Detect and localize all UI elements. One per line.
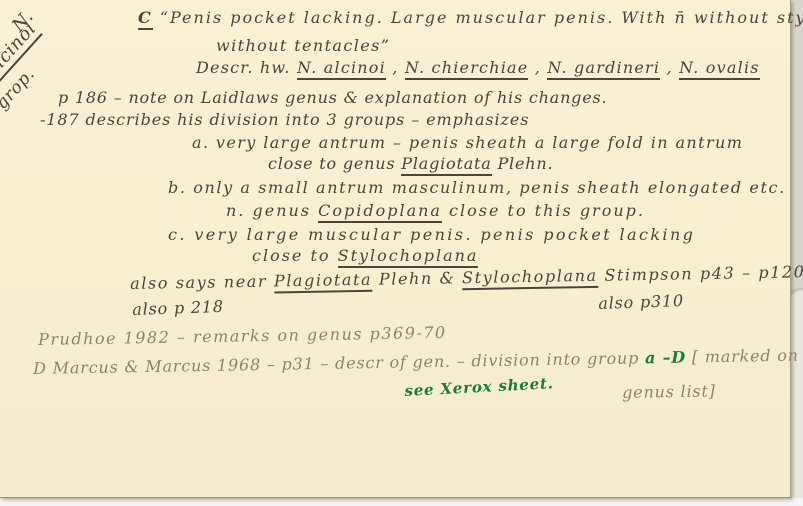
prudhoe-text: Prudhoe 1982 – remarks on genus p369-70 [38,323,447,349]
close-group-text: close to this group. [442,201,645,220]
marcus-ref: D Marcus & Marcus 1968 – p31 – descr of … [33,348,645,378]
stimpson-pages: Stimpson p43 – p120 [598,262,803,285]
also-says-near: also says near [130,271,274,293]
bracket-open: [ marked on [686,346,799,367]
species-list-line: Descr. hw. N. alcinoi , N. chierchiae , … [196,58,760,78]
xerox-text: see Xerox sheet. [404,374,554,400]
marcus-note-line: D Marcus & Marcus 1968 – p31 – descr of … [33,346,799,379]
group-c-line: c. very large muscular penis. penis pock… [168,225,695,245]
bracket-close: genus list] [622,381,716,402]
quote-line-2: without tentacles” [216,36,390,56]
green-group-range: a –D [645,348,686,368]
quote-part-1: “Penis pocket lacking. Large muscular pe… [153,8,803,27]
stylochoplana-2: Stylochoplana [462,266,598,290]
plehn-2: Plehn & [372,268,462,289]
also-p310: also p310 [598,291,684,313]
genus-plagiotata: Plagiotata [401,154,491,176]
scanner-background-bottom [0,498,803,506]
group-b-genus-line: n. genus Copidoplana close to this group… [226,201,645,221]
species-1: N. alcinoi [297,58,386,80]
new-genus-label: n. genus [226,201,318,220]
also-p218: also p 218 [132,297,224,319]
descr-label: Descr. hw. [196,58,297,77]
marcus-note-cont-line: genus list] [622,381,716,403]
group-a-close-line: close to genus Plagiotata Plehn. [268,154,553,174]
sep: , [660,58,679,77]
group-c-text: c. very large muscular penis. penis pock… [168,225,695,244]
plagiotata-2: Plagiotata [274,270,373,294]
p186-text: p 186 – note on Laidlaws genus & explana… [58,88,607,107]
note-card: N.alcinoigrop.C “Penis pocket lacking. L… [0,0,791,498]
group-a-text: a. very large antrum – penis sheath a la… [192,133,743,152]
close-to: close to [252,246,338,265]
group-c-close-line: close to Stylochoplana [252,246,478,266]
group-b-line: b. only a small antrum masculinum, penis… [168,178,786,198]
xerox-note-line: see Xerox sheet. [404,374,554,401]
section-letter: C [138,8,153,30]
section-heading-line: C “Penis pocket lacking. Large muscular … [138,8,803,28]
sep: , [528,58,547,77]
sep: , [386,58,405,77]
close-to-genus: close to genus [268,154,401,173]
author-plehn: Plehn. [492,154,554,173]
note-p187: -187 describes his division into 3 group… [40,110,529,130]
group-a-line: a. very large antrum – penis sheath a la… [192,133,743,153]
note-p186: p 186 – note on Laidlaws genus & explana… [58,88,607,108]
genus-copidoplana: Copidoplana [318,201,442,223]
scanned-page: N.alcinoigrop.C “Penis pocket lacking. L… [0,0,803,506]
species-4: N. ovalis [679,58,760,80]
p187-text: -187 describes his division into 3 group… [40,110,529,129]
group-b-text: b. only a small antrum masculinum, penis… [168,178,786,197]
species-2: N. chierchiae [405,58,529,80]
also-p218-line: also p 218 [132,297,224,320]
quote-part-2: without tentacles” [216,36,390,55]
prudhoe-note-line: Prudhoe 1982 – remarks on genus p369-70 [38,323,447,350]
also-p310-line: also p310 [598,291,684,314]
species-3: N. gardineri [547,58,660,80]
genus-stylochoplana: Stylochoplana [338,246,479,268]
